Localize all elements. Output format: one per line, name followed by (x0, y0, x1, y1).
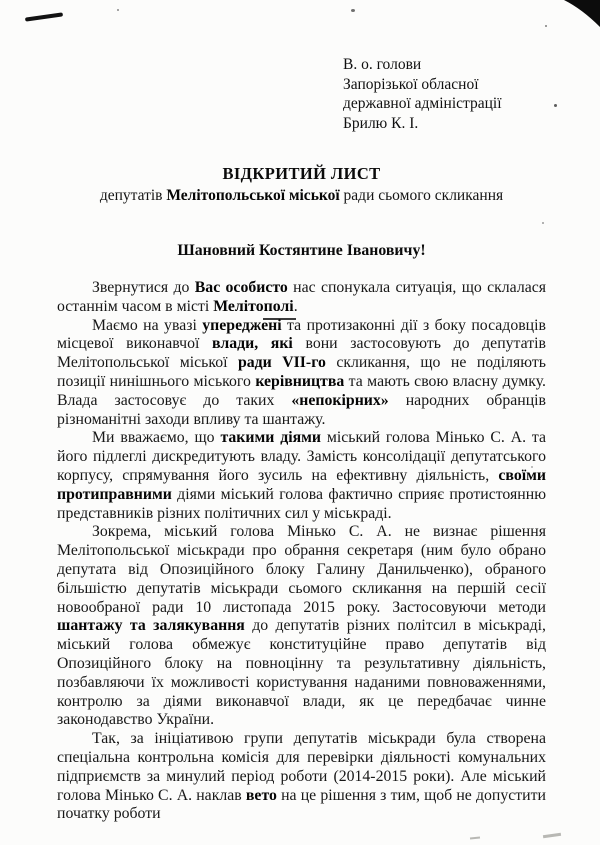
letter-body: Звернутися до Вас особисто нас спонукала… (57, 279, 546, 824)
paragraph-commission: Так, за ініціативою групи депутатів місь… (57, 730, 546, 824)
paragraph-accusations: Маємо на увазі упереджені та протизаконн… (57, 317, 546, 430)
addressee-line: В. о. голови (343, 55, 502, 75)
salutation-line: Шановний Костянтине Івановичу! (57, 242, 546, 260)
paragraph-intro: Звернутися до Вас особисто нас спонукала… (57, 279, 546, 317)
addressee-block: В. о. голови Запорізької обласної держав… (343, 55, 502, 133)
letter-subtitle: депутатів Мелітопольської міської ради с… (57, 187, 546, 205)
pen-stroke-mark (25, 12, 63, 21)
scan-speck (545, 25, 547, 27)
scan-speck (554, 104, 557, 107)
paragraph-secretary: Зокрема, міський голова Мінько С. А. не … (57, 523, 546, 730)
paragraph-opinion: Ми вважаємо, що такими діями міський гол… (57, 429, 546, 523)
scanned-letter-page: В. о. голови Запорізької обласної держав… (0, 0, 600, 845)
addressee-line: Брилю К. І. (343, 114, 502, 134)
scan-smudge (543, 833, 561, 838)
scan-speck (117, 9, 119, 11)
addressee-line: Запорізької обласної (343, 75, 502, 95)
scan-speck (542, 222, 544, 224)
letter-title: ВІДКРИТИЙ ЛИСТ (57, 164, 546, 184)
scan-corner-fold-icon (554, 0, 600, 30)
scan-smudge (470, 836, 480, 839)
addressee-line: державної адміністрації (343, 94, 502, 114)
scan-speck (351, 9, 355, 12)
